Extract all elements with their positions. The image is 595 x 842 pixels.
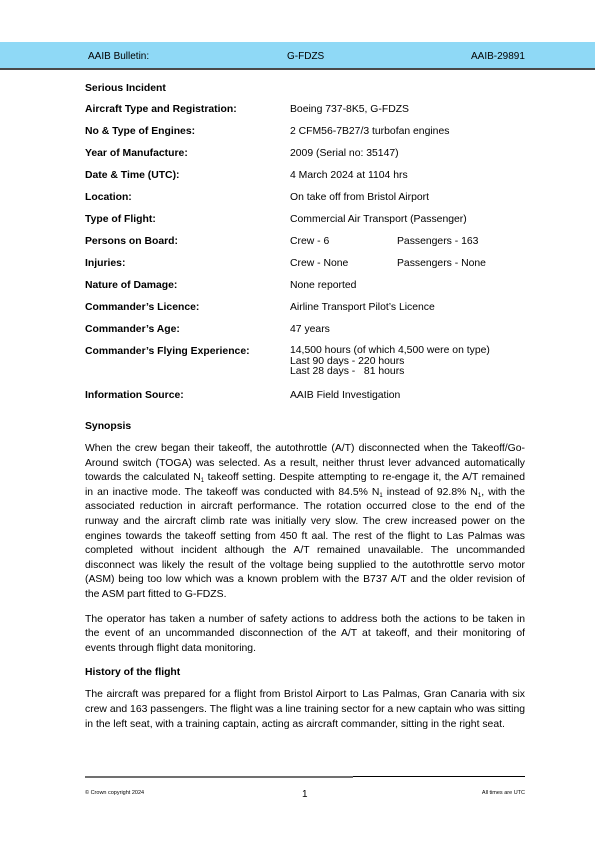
crew-injuries: Crew - None xyxy=(290,258,348,269)
bulletin-header-bar: AAIB Bulletin: G-FDZS AAIB-29891 xyxy=(0,42,595,70)
text-run: , with the associated reduction in aircr… xyxy=(85,487,525,600)
field-value: 2009 (Serial no: 35147) xyxy=(290,148,525,159)
report-body: Serious Incident Aircraft Type and Regis… xyxy=(85,82,525,742)
field-value: 14,500 hours (of which 4,500 were on typ… xyxy=(290,346,525,378)
bulletin-reference: AAIB-29891 xyxy=(471,51,525,62)
info-row-engines: No & Type of Engines: 2 CFM56-7B27/3 tur… xyxy=(85,126,525,148)
info-row-flying-experience: Commander’s Flying Experience: 14,500 ho… xyxy=(85,346,525,390)
field-label: Information Source: xyxy=(85,390,184,401)
synopsis-heading: Synopsis xyxy=(85,420,525,434)
field-label: Commander’s Flying Experience: xyxy=(85,346,250,357)
synopsis-paragraph-2: The operator has taken a number of safet… xyxy=(85,613,525,657)
field-value: Boeing 737-8K5, G-FDZS xyxy=(290,104,525,115)
field-value: On take off from Bristol Airport xyxy=(290,192,525,203)
field-value: None reported xyxy=(290,280,525,291)
footer-divider xyxy=(85,776,525,777)
field-value: Crew - None Passengers - None xyxy=(290,258,525,269)
field-label: Type of Flight: xyxy=(85,214,156,225)
crew-count: Crew - 6 xyxy=(290,236,329,247)
field-value: 2 CFM56-7B27/3 turbofan engines xyxy=(290,126,525,137)
info-row-commander-licence: Commander’s Licence: Airline Transport P… xyxy=(85,302,525,324)
field-label: Nature of Damage: xyxy=(85,280,177,291)
field-label: Injuries: xyxy=(85,258,125,269)
aircraft-registration: G-FDZS xyxy=(287,51,324,62)
field-label: Aircraft Type and Registration: xyxy=(85,104,237,115)
field-value: Commercial Air Transport (Passenger) xyxy=(290,214,525,225)
info-table: Aircraft Type and Registration: Boeing 7… xyxy=(85,104,525,412)
info-row-type-of-flight: Type of Flight: Commercial Air Transport… xyxy=(85,214,525,236)
field-value: 47 years xyxy=(290,324,525,335)
text-run: instead of 92.8% N xyxy=(383,487,478,498)
bulletin-label: AAIB Bulletin: xyxy=(88,51,149,62)
info-row-persons-on-board: Persons on Board: Crew - 6 Passengers - … xyxy=(85,236,525,258)
field-label: Persons on Board: xyxy=(85,236,178,247)
info-row-location: Location: On take off from Bristol Airpo… xyxy=(85,192,525,214)
times-note: All times are UTC xyxy=(482,790,525,796)
last-28-days-hours: Last 28 days - 81 hours xyxy=(290,367,525,378)
info-row-aircraft-type: Aircraft Type and Registration: Boeing 7… xyxy=(85,104,525,126)
footer-divider-gray xyxy=(85,776,353,778)
field-label: No & Type of Engines: xyxy=(85,126,195,137)
info-row-commander-age: Commander’s Age: 47 years xyxy=(85,324,525,346)
total-hours: 14,500 hours (of which 4,500 were on typ… xyxy=(290,346,525,357)
info-row-year-of-manufacture: Year of Manufacture: 2009 (Serial no: 35… xyxy=(85,148,525,170)
field-value: 4 March 2024 at 1104 hrs xyxy=(290,170,525,181)
incident-category: Serious Incident xyxy=(85,82,525,104)
copyright-notice: © Crown copyright 2024 xyxy=(85,790,144,796)
field-label: Commander’s Licence: xyxy=(85,302,199,313)
info-row-nature-of-damage: Nature of Damage: None reported xyxy=(85,280,525,302)
passenger-injuries: Passengers - None xyxy=(397,258,486,269)
field-label: Year of Manufacture: xyxy=(85,148,188,159)
footer-divider-black xyxy=(353,776,525,777)
field-label: Commander’s Age: xyxy=(85,324,180,335)
field-label: Date & Time (UTC): xyxy=(85,170,180,181)
field-value: Crew - 6 Passengers - 163 xyxy=(290,236,525,247)
field-label: Location: xyxy=(85,192,132,203)
field-value: AAIB Field Investigation xyxy=(290,390,525,401)
history-paragraph-1: The aircraft was prepared for a flight f… xyxy=(85,688,525,732)
info-row-information-source: Information Source: AAIB Field Investiga… xyxy=(85,390,525,412)
page-number: 1 xyxy=(302,789,308,800)
passenger-count: Passengers - 163 xyxy=(397,236,478,247)
synopsis-paragraph-1: When the crew began their takeoff, the a… xyxy=(85,442,525,603)
info-row-injuries: Injuries: Crew - None Passengers - None xyxy=(85,258,525,280)
history-heading: History of the flight xyxy=(85,666,525,680)
info-row-date-time: Date & Time (UTC): 4 March 2024 at 1104 … xyxy=(85,170,525,192)
field-value: Airline Transport Pilot’s Licence xyxy=(290,302,525,313)
